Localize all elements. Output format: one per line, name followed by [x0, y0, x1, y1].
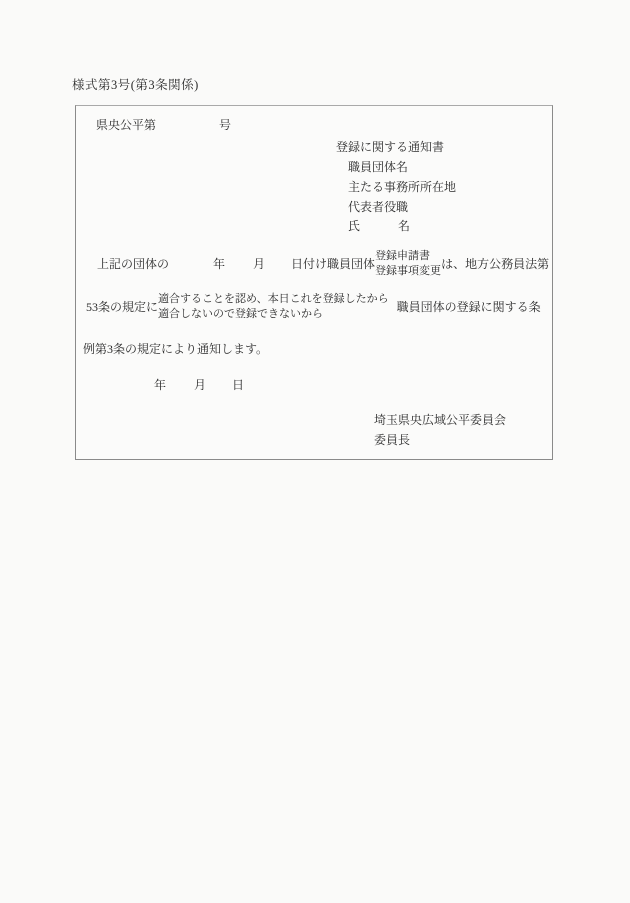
name-label-first: 氏 [348, 219, 360, 233]
choice-conform-registered: 適合することを認め、本日これを登録したから [158, 292, 389, 307]
body-line-1: 上記の団体の 年 月 日付け職員団体 登録申請書 登録事項変更 は、地方公務員法… [97, 249, 549, 279]
issue-number-suffix: 号 [219, 118, 231, 132]
choice-registration-application: 登録申請書 [375, 249, 441, 264]
field-label-representative-title: 代表者役職 [348, 200, 408, 214]
body1-tail: は、地方公務員法第 [441, 257, 549, 271]
name-label-second: 名 [398, 219, 410, 233]
body1-year-label: 年 [213, 257, 225, 271]
document-page: 様式第3号(第3条関係) 県央公平第 号 登録に関する通知書 職員団体名 主たる… [0, 0, 630, 903]
body1-month-blank [225, 264, 253, 265]
date-year-blank [166, 385, 194, 386]
date-year-label: 年 [154, 378, 166, 392]
issue-number-prefix: 県央公平第 [96, 118, 156, 132]
body-line-3: 例第3条の規定により通知します。 [83, 342, 268, 356]
field-label-name: 氏 名 [348, 219, 410, 233]
date-line: 年 月 日 [154, 378, 244, 392]
choice-stack-conformity: 適合することを認め、本日これを登録したから 適合しないので登録できないから [158, 292, 389, 322]
field-label-organization-name: 職員団体名 [348, 160, 408, 174]
body-line-2: 53条の規定に 適合することを認め、本日これを登録したから 適合しないので登録で… [86, 291, 541, 323]
signature-title: 委員長 [374, 433, 410, 447]
issue-number-line: 県央公平第 号 [96, 118, 231, 132]
notice-document-box: 県央公平第 号 登録に関する通知書 職員団体名 主たる事務所所在地 代表者役職 … [75, 105, 553, 460]
body1-lead: 上記の団体の [97, 257, 169, 271]
body2-gap [389, 307, 397, 308]
body1-year-blank [169, 264, 213, 265]
date-month-blank [206, 385, 232, 386]
name-label-blank [360, 226, 398, 227]
document-title: 登録に関する通知書 [336, 140, 444, 154]
body2-lead: 53条の規定に [86, 300, 158, 314]
choice-stack-registration: 登録申請書 登録事項変更 [375, 249, 441, 279]
body1-day-blank [265, 264, 291, 265]
choice-registration-change: 登録事項変更 [375, 264, 441, 279]
body1-day-phrase: 日付け職員団体 [291, 257, 375, 271]
form-number-label: 様式第3号(第3条関係) [72, 78, 199, 92]
field-label-office-address: 主たる事務所所在地 [348, 180, 456, 194]
body2-tail: 職員団体の登録に関する条 [397, 300, 541, 314]
choice-nonconform-rejected: 適合しないので登録できないから [158, 307, 389, 322]
issue-number-blank [156, 125, 219, 126]
signature-organization: 埼玉県央広域公平委員会 [374, 413, 506, 427]
body1-month-label: 月 [253, 257, 265, 271]
date-month-label: 月 [194, 378, 206, 392]
date-day-label: 日 [232, 378, 244, 392]
